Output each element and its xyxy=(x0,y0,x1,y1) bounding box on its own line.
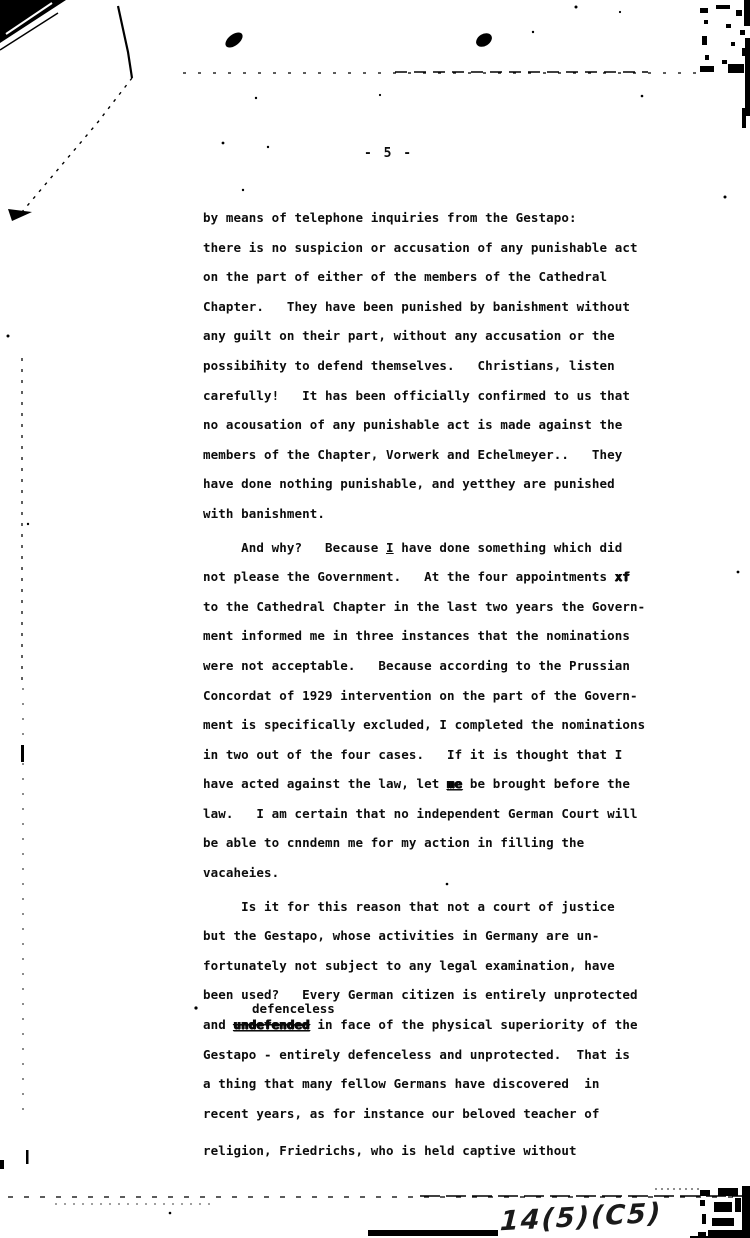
text-line: Concordat of 1929 intervention on the pa… xyxy=(203,681,673,711)
text-line: vacaheies. xyxy=(203,858,673,888)
crease-line xyxy=(8,6,132,221)
top-right-corner-smudge xyxy=(700,0,750,128)
text-line: Gestapo - entirely defenceless and unpro… xyxy=(203,1040,673,1070)
text-line: members of the Chapter, Vorwerk and Eche… xyxy=(203,440,673,470)
paragraph: And why? Because I have done something w… xyxy=(203,533,673,888)
text-line: to the Cathedral Chapter in the last two… xyxy=(203,592,673,622)
page-number: - 5 - xyxy=(364,146,413,161)
text-line: any guilt on their part, without any acc… xyxy=(203,321,673,351)
text-line: no acousation of any punishable act is m… xyxy=(203,410,673,440)
ink-blob-left xyxy=(223,30,246,51)
ink-blob-right xyxy=(474,30,495,49)
text-line: were not acceptable. Because according t… xyxy=(203,651,673,681)
text-line: with banishment. xyxy=(203,499,673,529)
paragraph: religion, Friedrichs, who is held captiv… xyxy=(203,1136,673,1166)
bottom-right-corner-smudge xyxy=(690,1186,750,1238)
text-line: not please the Government. At the four a… xyxy=(203,562,673,592)
text-line: recent years, as for instance our belove… xyxy=(203,1099,673,1129)
text-line: religion, Friedrichs, who is held captiv… xyxy=(203,1136,673,1166)
text-line: by means of telephone inquiries from the… xyxy=(203,203,673,233)
text-line: law. I am certain that no independent Ge… xyxy=(203,799,673,829)
text-line: ment is specifically excluded, I complet… xyxy=(203,710,673,740)
left-margin-marks xyxy=(0,358,29,1169)
typewritten-text: by means of telephone inquiries from the… xyxy=(203,203,673,1166)
paragraph: by means of telephone inquiries from the… xyxy=(203,203,673,529)
bottom-rule-mark xyxy=(368,1230,498,1236)
text-line: have done nothing punishable, and yetthe… xyxy=(203,469,673,499)
text-line: a thing that many fellow Germans have di… xyxy=(203,1069,673,1099)
text-line: on the part of either of the members of … xyxy=(203,262,673,292)
folded-corner-mark xyxy=(0,0,66,50)
text-line: in two out of the four cases. If it is t… xyxy=(203,740,673,770)
text-line: Chapter. They have been punished by bani… xyxy=(203,292,673,322)
text-line: but the Gestapo, whose activities in Ger… xyxy=(203,921,673,951)
text-line: fortunately not subject to any legal exa… xyxy=(203,951,673,981)
text-line: be able to cnndemn me for my action in f… xyxy=(203,828,673,858)
top-dashed-line xyxy=(183,72,700,73)
text-line: carefully! It has been officially confir… xyxy=(203,381,673,411)
text-line: Is it for this reason that not a court o… xyxy=(203,892,673,922)
text-line: have acted against the law, let me be br… xyxy=(203,769,673,799)
text-line: there is no suspicion or accusation of a… xyxy=(203,233,673,263)
text-line: possibiħity to defend themselves. Christ… xyxy=(203,351,673,381)
text-line: And why? Because I have done something w… xyxy=(203,533,673,563)
handwritten-note: 14(5)(C5) xyxy=(499,1198,663,1238)
text-line: ment informed me in three instances that… xyxy=(203,621,673,651)
scanned-document-page: - 5 - by means of telephone inquiries fr… xyxy=(0,0,750,1238)
typed-correction-insertion: defenceless xyxy=(252,1001,335,1016)
